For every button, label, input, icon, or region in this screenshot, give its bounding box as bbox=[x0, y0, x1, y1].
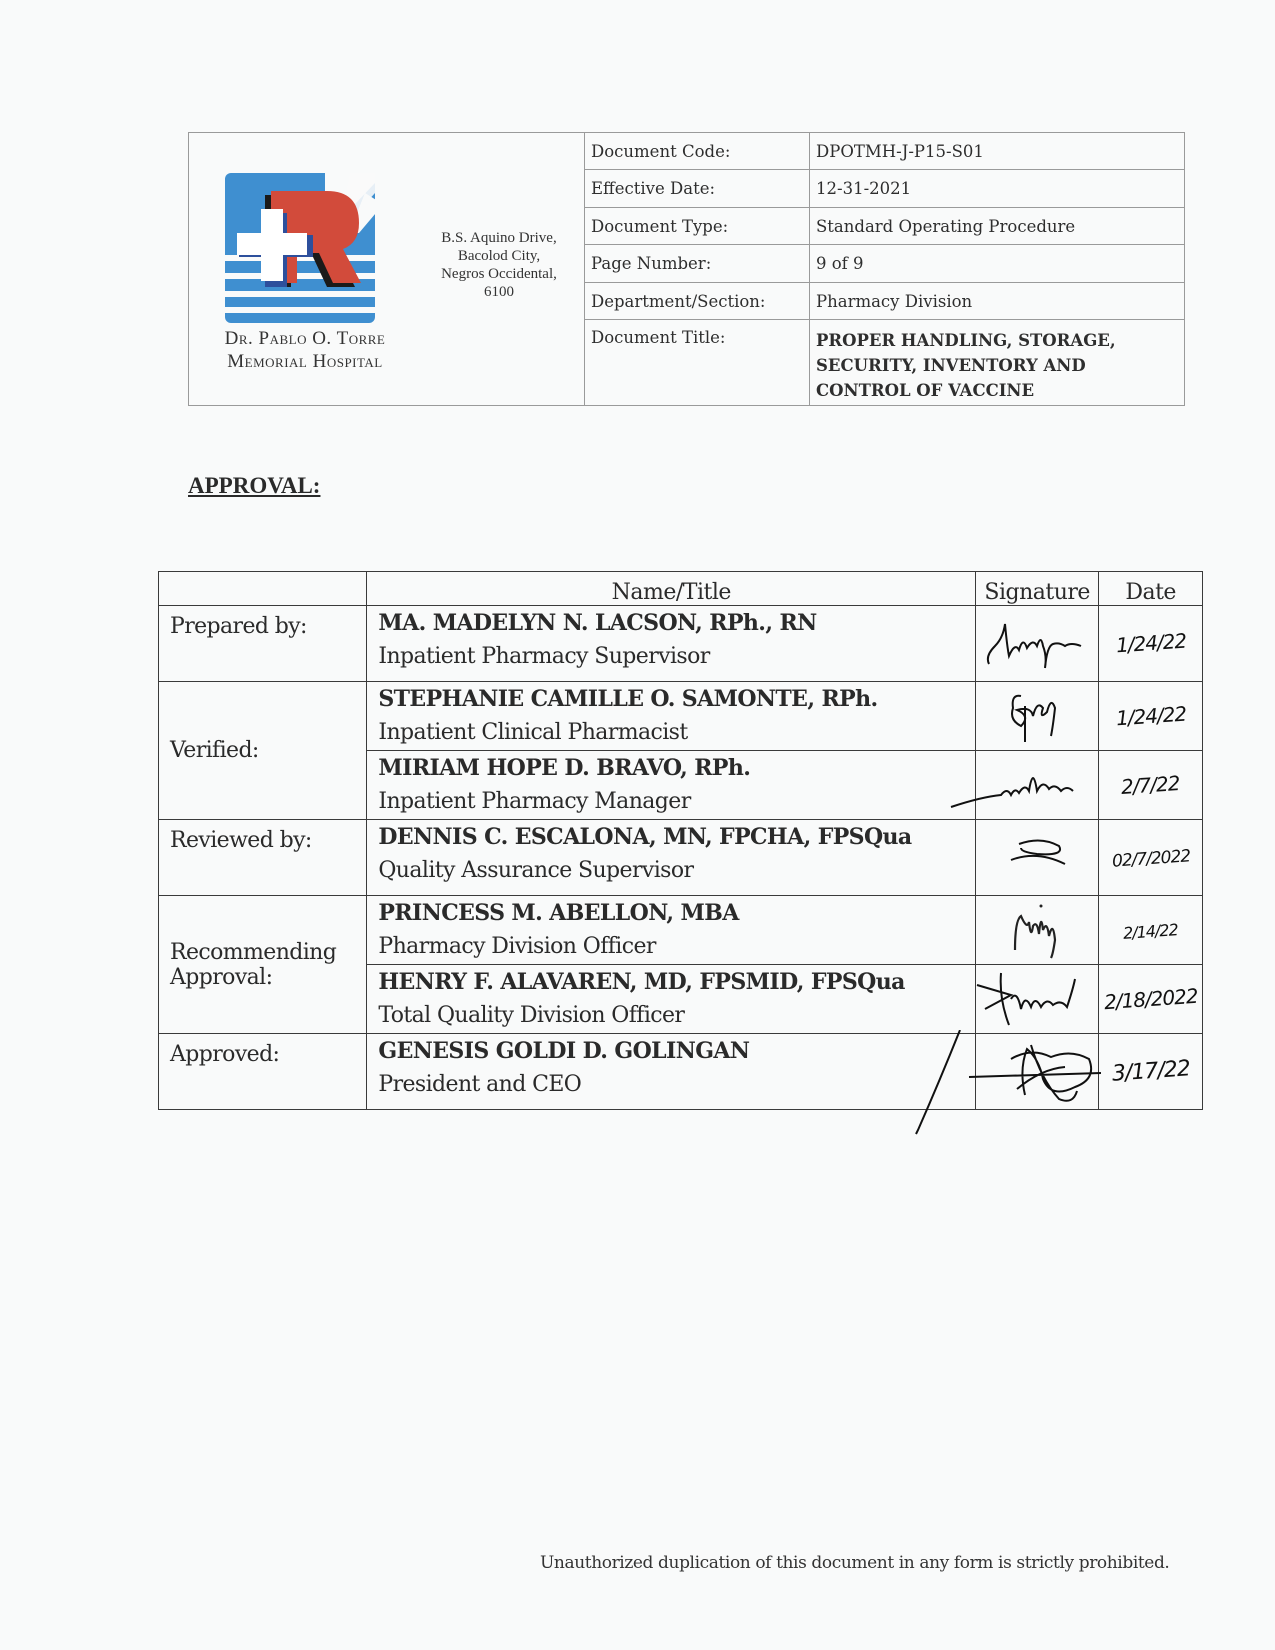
person-name: MA. MADELYN N. LACSON, RPh., RN bbox=[378, 607, 964, 640]
column-name-title: Name/Title bbox=[367, 572, 976, 606]
info-row-document-type: Document Type: Standard Operating Proced… bbox=[585, 207, 1185, 244]
signature-icon bbox=[981, 616, 1093, 672]
role-label: Prepared by: bbox=[159, 606, 367, 682]
role-label: Verified: bbox=[159, 682, 367, 820]
document-title: PROPER HANDLING, STORAGE, SECURITY, INVE… bbox=[810, 320, 1185, 405]
signature-cell bbox=[976, 751, 1099, 820]
signature-cell bbox=[976, 682, 1099, 751]
person-name: MIRIAM HOPE D. BRAVO, RPh. bbox=[378, 752, 964, 785]
column-signature: Signature bbox=[976, 572, 1099, 606]
person-title: Total Quality Division Officer bbox=[378, 999, 964, 1032]
info-row-document-title: Document Title: PROPER HANDLING, STORAGE… bbox=[585, 320, 1185, 405]
table-row: Prepared by: MA. MADELYN N. LACSON, RPh.… bbox=[159, 606, 1203, 682]
signature-icon bbox=[981, 830, 1093, 886]
person-name: GENESIS GOLDI D. GOLINGAN bbox=[378, 1035, 964, 1068]
document-code: DPOTMH-J-P15-S01 bbox=[810, 133, 1185, 170]
table-row: Verified: STEPHANIE CAMILLE O. SAMONTE, … bbox=[159, 682, 1203, 751]
signature-icon bbox=[981, 757, 1093, 813]
department-section: Pharmacy Division bbox=[810, 282, 1185, 319]
person-title: Inpatient Pharmacy Manager bbox=[378, 785, 964, 818]
signature-cell bbox=[976, 896, 1099, 965]
person-title: Inpatient Pharmacy Supervisor bbox=[378, 640, 964, 673]
approval-heading: APPROVAL: bbox=[188, 473, 320, 499]
sign-date: 1/24/22 bbox=[1115, 701, 1187, 730]
person-title: Inpatient Clinical Pharmacist bbox=[378, 716, 964, 749]
signature-cell bbox=[976, 965, 1099, 1034]
table-row: Reviewed by: DENNIS C. ESCALONA, MN, FPC… bbox=[159, 820, 1203, 896]
approval-header-row: Name/Title Signature Date bbox=[159, 572, 1203, 606]
signature-icon bbox=[981, 969, 1093, 1029]
hospital-name: Dr. Pablo O. Torre Memorial Hospital bbox=[195, 327, 415, 373]
role-label: RecommendingApproval: bbox=[159, 896, 367, 1034]
sign-date: 2/7/22 bbox=[1121, 770, 1181, 798]
sign-date: 2/18/2022 bbox=[1103, 983, 1198, 1013]
person-name: STEPHANIE CAMILLE O. SAMONTE, RPh. bbox=[378, 683, 964, 716]
document-info-table: Document Code: DPOTMH-J-P15-S01 Effectiv… bbox=[584, 133, 1184, 405]
signature-cell bbox=[976, 820, 1099, 896]
hospital-branding: Dr. Pablo O. Torre Memorial Hospital B.S… bbox=[189, 133, 584, 405]
info-row-department: Department/Section: Pharmacy Division bbox=[585, 282, 1185, 319]
table-row: RecommendingApproval: PRINCESS M. ABELLO… bbox=[159, 896, 1203, 965]
column-date: Date bbox=[1099, 572, 1203, 606]
info-row-effective-date: Effective Date: 12-31-2021 bbox=[585, 170, 1185, 207]
info-row-page-number: Page Number: 9 of 9 bbox=[585, 245, 1185, 282]
effective-date: 12-31-2021 bbox=[810, 170, 1185, 207]
sign-date: 2/14/22 bbox=[1123, 920, 1179, 943]
sign-date: 3/17/22 bbox=[1111, 1056, 1190, 1086]
footer-notice: Unauthorized duplication of this documen… bbox=[540, 1553, 1169, 1573]
document-type: Standard Operating Procedure bbox=[810, 207, 1185, 244]
role-label: Approved: bbox=[159, 1034, 367, 1110]
signature-cell bbox=[976, 1034, 1099, 1110]
signature-icon bbox=[981, 686, 1093, 746]
signature-cell bbox=[976, 606, 1099, 682]
person-title: President and CEO bbox=[378, 1068, 964, 1101]
table-row: Approved: GENESIS GOLDI D. GOLINGAN Pres… bbox=[159, 1034, 1203, 1110]
info-row-document-code: Document Code: DPOTMH-J-P15-S01 bbox=[585, 133, 1185, 170]
signature-icon bbox=[981, 900, 1093, 960]
person-name: HENRY F. ALAVAREN, MD, FPSMID, FPSQua bbox=[378, 966, 964, 999]
signature-stroke-icon bbox=[900, 1030, 980, 1140]
sign-date: 1/24/22 bbox=[1115, 629, 1187, 658]
signature-icon bbox=[981, 1039, 1093, 1105]
person-name: PRINCESS M. ABELLON, MBA bbox=[378, 897, 964, 930]
sign-date: 02/7/2022 bbox=[1111, 846, 1190, 871]
approval-table: Name/Title Signature Date Prepared by: M… bbox=[158, 571, 1203, 1110]
person-title: Pharmacy Division Officer bbox=[378, 930, 964, 963]
person-title: Quality Assurance Supervisor bbox=[378, 854, 964, 887]
role-label: Reviewed by: bbox=[159, 820, 367, 896]
page-number: 9 of 9 bbox=[810, 245, 1185, 282]
hospital-logo-icon bbox=[225, 173, 381, 327]
document-header: Dr. Pablo O. Torre Memorial Hospital B.S… bbox=[188, 132, 1185, 406]
person-name: DENNIS C. ESCALONA, MN, FPCHA, FPSQua bbox=[378, 821, 964, 854]
hospital-address: B.S. Aquino Drive, Bacolod City, Negros … bbox=[419, 229, 579, 301]
